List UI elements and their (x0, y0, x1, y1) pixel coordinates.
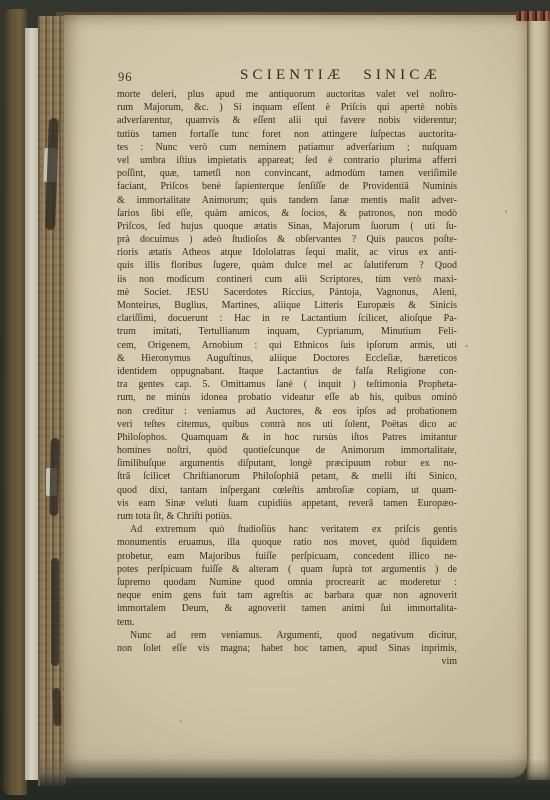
binding-mark (52, 688, 61, 726)
headband (516, 11, 550, 21)
text-line: tra gentes cap. 5. Omittamus ſanè ( inqu… (117, 378, 457, 391)
text-line: potes perſpicuam fuiſſe & alteram ( quam… (117, 563, 457, 576)
text-line: monumentis eruamus, illa quoque ratio no… (117, 536, 457, 549)
text-line: & immortalitate Animorum; quis tandem ſa… (117, 194, 457, 207)
text-line: iis non modicum contineri cum alii Scrip… (117, 273, 457, 286)
text-line: ſupremo quodam Numine quod omnia procrea… (117, 576, 457, 589)
text-line: morte deleri, plus apud me antiquorum au… (117, 88, 457, 101)
text-line: ſimilibuſque argumentis diſputant, longè… (117, 457, 457, 470)
page-number: 96 (118, 70, 133, 85)
text-line: non ſolet eſſe vis magna; habet hoc tame… (117, 642, 457, 655)
speckle (505, 210, 507, 213)
text-line: quod dixi, tantam inſpergant cœleſtis am… (117, 484, 457, 497)
text-line: Priſcos, ſed hujus quoque ætatis Sinas, … (117, 220, 457, 233)
text-line: identidem oppugnabant. Itaque Lactantius… (117, 365, 457, 378)
text-line: Ad extremum quò ſtudioſiùs hanc veritate… (117, 523, 457, 536)
text-line: homines noſtri, quòd quotieſcunque de An… (117, 444, 457, 457)
text-line: poſſint, quæ, tametſi non convincant, ad… (117, 167, 457, 180)
binding-mark (51, 558, 59, 666)
text-line: non creditur : veniamus ad Auctores, & e… (117, 405, 457, 418)
text-line: adverſarentur, quamvis & eſſent alii qui… (117, 114, 457, 127)
binding-mark (49, 438, 59, 516)
text-line: rioris ætatis Atheos atque Idololatras ſ… (117, 246, 457, 259)
text-line: Philoſophos. Quamquam & in hoc rursùs iſ… (117, 431, 457, 444)
text-line: probetur, eam Majoribus fuiſſe perſpicua… (117, 550, 457, 563)
speckle (300, 95, 302, 97)
text-line: rum Majorum, &c. ) Si inquam eſſent è Pr… (117, 101, 457, 114)
book-cover-edge (3, 9, 27, 795)
text-line: faciant, Priſcos benè ſapienterque ſenſi… (117, 180, 457, 193)
text-line: prà docuimus ) adeò ſtudioſos & obſervan… (117, 233, 457, 246)
text-line: trum imitati, Tertullianum inquam, Cypri… (117, 325, 457, 338)
scanner-background: 96 SCIENTIÆ SINICÆ morte deleri, plus ap… (0, 0, 550, 800)
text-line: mè Societ. JESU Sacerdotes Riccius, Pánt… (117, 286, 457, 299)
speckle (465, 345, 468, 347)
text-line: ſarios ſibi eſſe, quàm amicos, & ſocios,… (117, 207, 457, 220)
running-title: SCIENTIÆ SINICÆ (240, 67, 441, 84)
catchword: vim (117, 655, 457, 668)
text-line: rum tota ſit, & Chriſti potiùs. (117, 510, 457, 523)
text-line: immortalem Deum, & agnoverit tamen animi… (117, 602, 457, 615)
text-line: Monteirus, Buglius, Martines, aliique Li… (117, 299, 457, 312)
text-line: clariſſimi, docuerunt : Hac in re Lactan… (117, 312, 457, 325)
text-line: quis illis floribus ſugere, quàm dulce m… (117, 259, 457, 272)
book-page: 96 SCIENTIÆ SINICÆ morte deleri, plus ap… (64, 15, 527, 778)
text-line: neque enim gens fuit tam agreſtis ac bar… (117, 589, 457, 602)
text-line: vis eam Sinæ veluti ſuam cupidiùs appeta… (117, 497, 457, 510)
text-line: rum, ne minùs idonea probatio videatur e… (117, 391, 457, 404)
text-line: tutiùs tamen fortaſſe tunc foret non att… (117, 128, 457, 141)
text-line: Nunc ad rem veniamus. Argumenti, quod ne… (117, 629, 457, 642)
text-line: tem. (117, 616, 457, 629)
speckle (180, 720, 182, 722)
text-line: vel umbra iſtius impietatis appareat; ſe… (117, 154, 457, 167)
text-line: cem, Origenem, Arnobium : qui Ethnicos ſ… (117, 339, 457, 352)
facing-page-edge (527, 14, 550, 780)
text-block: morte deleri, plus apud me antiquorum au… (117, 88, 457, 668)
text-lines: morte deleri, plus apud me antiquorum au… (117, 88, 457, 655)
running-head: 96 SCIENTIÆ SINICÆ (64, 67, 527, 87)
text-line: veri teſtes citemus, quibus contrà nos u… (117, 418, 457, 431)
text-line: tes : Nunc verò cum neminem patiamur adv… (117, 141, 457, 154)
text-line: & Hieronymus Auguſtinus, aliique Doctore… (117, 352, 457, 365)
text-line: ſtrâ ſcilicet Chriſtianorum Philoſophiâ … (117, 470, 457, 483)
